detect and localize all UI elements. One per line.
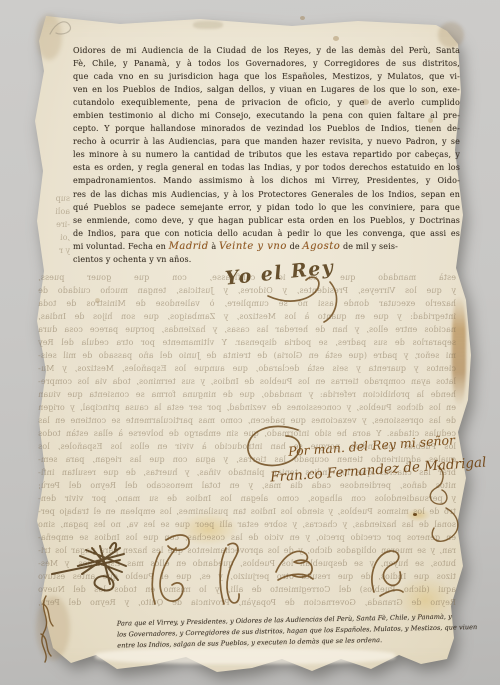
bleedthrough-fragment: -ire (30, 219, 70, 232)
decree-line: recho à ocurrir à las Audiencias, para q… (73, 135, 460, 148)
decree-line: cutandolo exequiblemente, pena de privac… (73, 96, 460, 109)
dateline-printed-prefix: mi voluntad. Fecha en (73, 242, 166, 251)
decree-line: que cada vno en su jurisdicion haga que … (73, 70, 460, 83)
bleedthrough-line: separarlos de sus padres, se podria disp… (38, 336, 456, 349)
bleedthrough-line: ran, y se mueren obligados dicho, y de l… (38, 544, 456, 557)
decree-line: cepto. Y porque hallandose minorados de … (73, 122, 460, 135)
bleedthrough-line: hazerlo executar donde assi no se cumpli… (38, 297, 456, 310)
photo-background: està mandado que se io calificasse, con … (0, 0, 500, 685)
decree-line: res de las dichas mis Audiencias, y à lo… (73, 188, 460, 201)
bleedthrough-fragment: y r (30, 245, 70, 258)
dateline-printed-a: à (211, 242, 216, 251)
bleedthrough-line: de las opressiones, y vexaciones que pad… (38, 414, 456, 427)
bleedthrough-line: nacidos entre ellos, y han de heredar la… (38, 323, 456, 336)
handwritten-month: Agosto (302, 241, 340, 252)
decree-line: embien testimonio al dicho mi Consejo, e… (73, 109, 460, 122)
bleedthrough-line: cientos y quarenta y seis està declarado… (38, 362, 456, 375)
bleedthrough-fragment: ,oi (30, 232, 70, 245)
handwritten-day: Veinte y vno (219, 241, 287, 252)
bleedthrough-line: tro de los mismos Pueblos, y siendo los … (38, 505, 456, 518)
dateline-printed-suffix: de mil y seis- (343, 242, 398, 251)
bleedthrough-fragment: aoli (30, 206, 70, 219)
bleedthrough-line: Reyno de Granada, Governacion de Popayàn… (38, 596, 456, 609)
bleedthrough-line: sonal de las haziendas, y chacras, y sob… (38, 518, 456, 531)
decree-line: esta es orden, y regla general en todas … (73, 161, 460, 174)
bleedthrough-line: mi señor, y padre (que està en Gloria) d… (38, 349, 456, 362)
decree-body: Oidores de mi Audiencia de la Ciudad de … (73, 44, 460, 266)
bleedthrough-margin-fragments: supaoli-ire,oiy r (30, 193, 70, 258)
bleedthrough-line: butos, se huyen, y se despueblan los Pue… (38, 557, 456, 570)
decree-dateline: mi voluntad. Fecha en Madrid à Veinte y … (73, 240, 460, 253)
dateline-printed-de: de (290, 242, 300, 251)
decree-body-lines: Oidores de mi Audiencia de la Ciudad de … (73, 44, 460, 240)
decree-line: se enmiende, como deve, y que hagan publ… (73, 214, 460, 227)
decree-line: de Indios, para que con noticia dello ac… (73, 227, 460, 240)
bleedthrough-line: en generos por crecido precio, y en vici… (38, 531, 456, 544)
bleedthrough-line: aqui (dicho Pueblos) del Corregimiento d… (38, 583, 456, 596)
bleedthrough-line: integridad: y que en quanto à los Mestiz… (38, 310, 456, 323)
bleedthrough-line: latos ayan comprado tierras en los Puebl… (38, 375, 456, 388)
handwritten-place: Madrid (169, 241, 209, 252)
decree-line: Oidores de mi Audiencia de la Ciudad de … (73, 44, 460, 57)
decree-line: ven en los Pueblos de Indios, salgan del… (73, 83, 460, 96)
bleedthrough-line: y persuadiendolos con alhagos, como aleg… (38, 492, 456, 505)
bleedthrough-line: tizos que Indios, de que resulta otro pe… (38, 570, 456, 583)
decree-line: empadronamientos. Mando assimismo à los … (73, 174, 460, 187)
decree-line: Fè, Chile, y Panamà, y à todos los Gover… (73, 57, 460, 70)
decree-line: qué Pueblos se padece semejante error, y… (73, 201, 460, 214)
bleedthrough-line: nitos daños, perdiendose cada dia mas, y… (38, 479, 456, 492)
decree-line: les minore à su numero la cantidad de tr… (73, 148, 460, 161)
bleedthrough-line: hende la prohibicion referida: y mandado… (38, 388, 456, 401)
bleedthrough-fragment: sup (30, 193, 70, 206)
bleedthrough-line: en los dichos Pueblos, y concessiones de… (38, 401, 456, 414)
